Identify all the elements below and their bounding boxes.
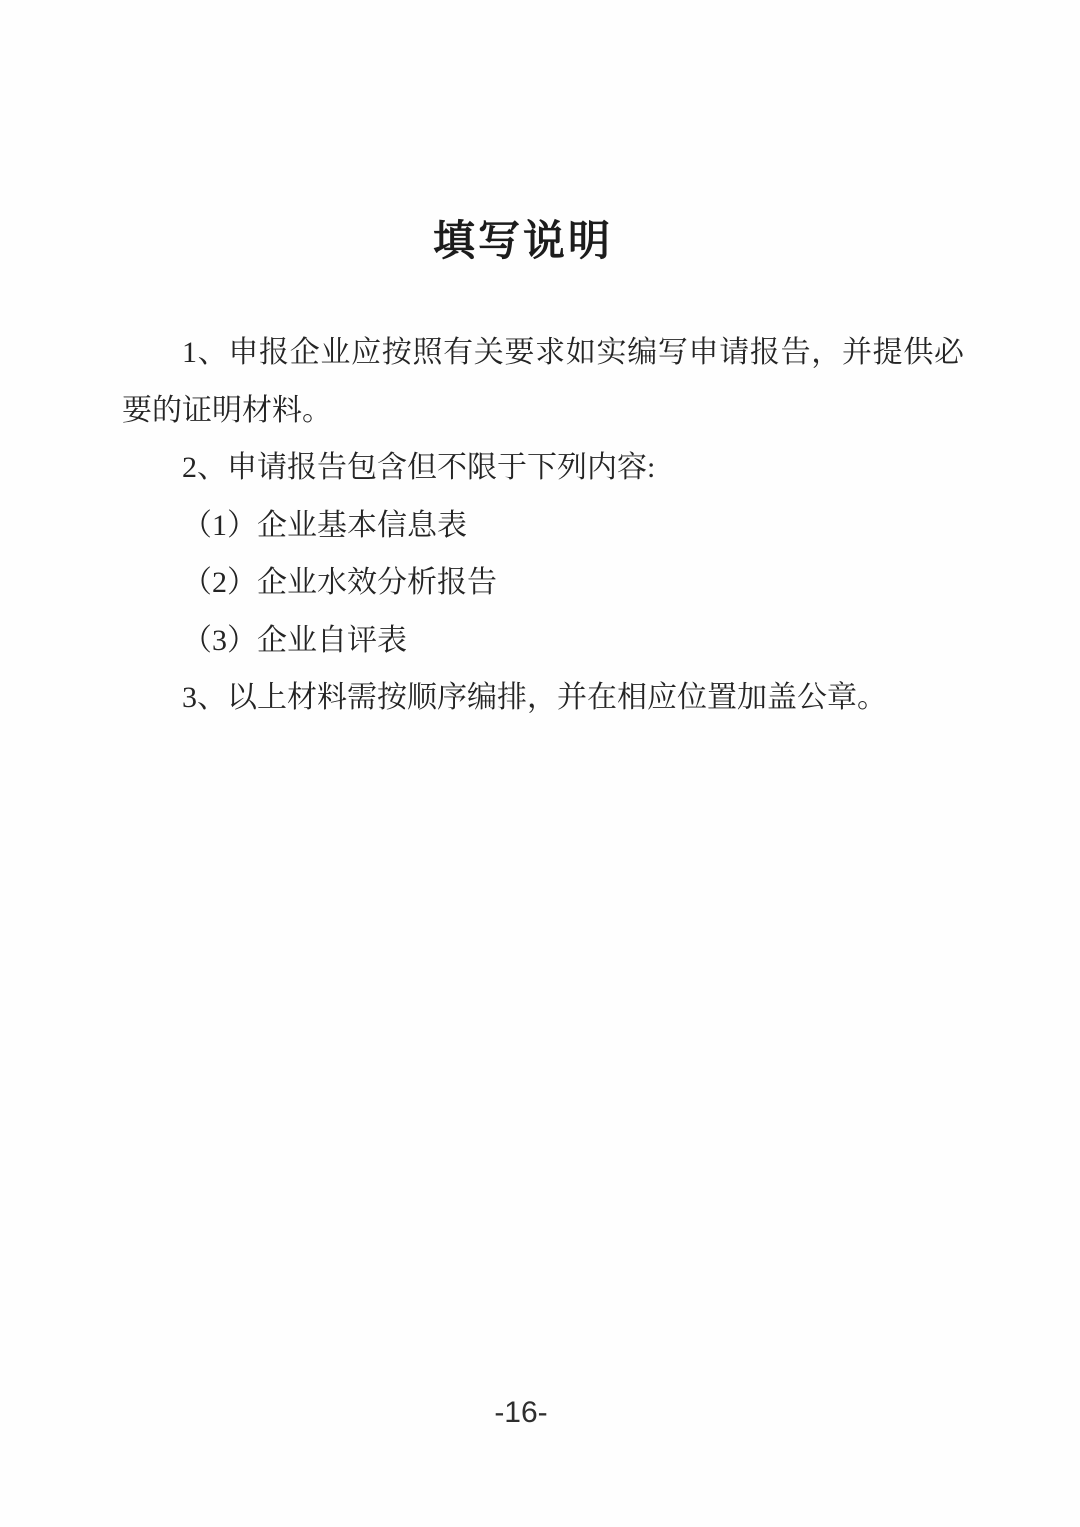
instruction-item-1: 1、申报企业应按照有关要求如实编写申请报告，并提供必要的证明材料。 xyxy=(122,324,964,439)
page-title: 填写说明 xyxy=(0,208,1063,268)
instruction-subitem-3: （3）企业自评表 xyxy=(122,612,964,670)
instruction-item-2: 2、申请报告包含但不限于下列内容: xyxy=(122,439,964,497)
instruction-subitem-1: （1）企业基本信息表 xyxy=(122,497,964,555)
instruction-subitem-2: （2）企业水效分析报告 xyxy=(122,554,964,612)
page-number: -16- xyxy=(0,1396,1061,1430)
instruction-item-3: 3、以上材料需按顺序编排，并在相应位置加盖公章。 xyxy=(122,669,964,727)
instructions-body: 1、申报企业应按照有关要求如实编写申请报告，并提供必要的证明材料。 2、申请报告… xyxy=(122,324,964,727)
document-page: 填写说明 1、申报企业应按照有关要求如实编写申请报告，并提供必要的证明材料。 2… xyxy=(0,0,1080,1527)
